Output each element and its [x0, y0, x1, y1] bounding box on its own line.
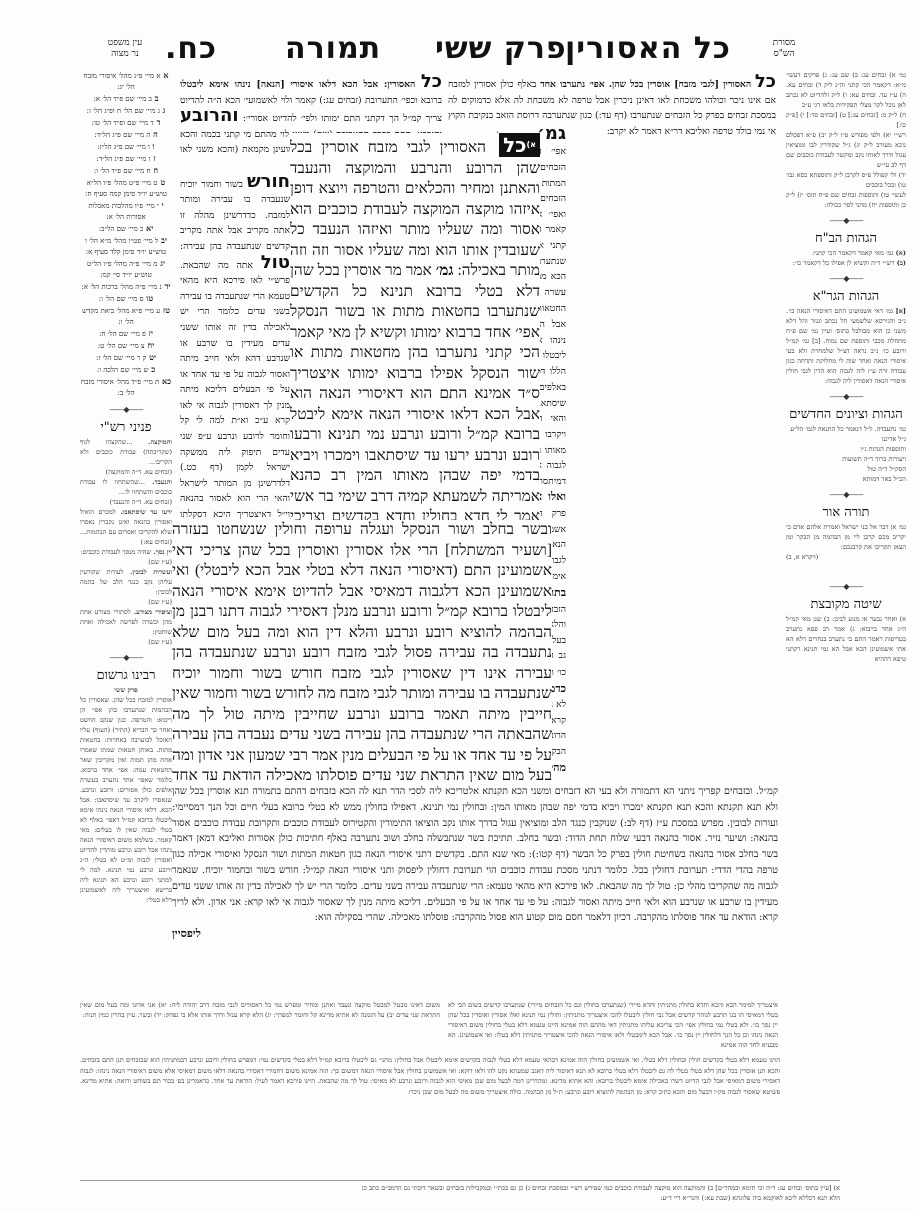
- ein-mishpat-item: ט ט מיי׳ פ״ט מהל׳ פ״ו הל״א טוש״ע יו״ד סי…: [80, 177, 172, 200]
- chapter-number: פרק ששי: [435, 32, 567, 66]
- rabbeinu-gershom-title: רבינו גרשום: [80, 667, 172, 685]
- rashi-heading: האסורין [לגבי מזבח] אוסרין בכל שהן. אפי׳…: [540, 79, 751, 90]
- penei-rashi-source: (ע״ז שם): [80, 637, 172, 647]
- bottom-commentary: קמ״ל. ובזבחים קפריך ניתני הא דתמורה ולא …: [172, 784, 778, 1004]
- header-label-ein-mishpat: עין משפט: [95, 38, 155, 49]
- ein-mishpat-letter: יז: [146, 328, 153, 338]
- ornament-divider: ——◆——: [80, 653, 172, 663]
- ein-mishpat-item: יח צ מיי׳ שם הל׳ ט:: [80, 340, 172, 352]
- ein-mishpat-text: א מיי׳ פ״ג מהל׳ איסורי מזבח הל׳ יג:: [83, 72, 160, 91]
- ein-mishpat-letter: יב: [158, 235, 167, 245]
- ein-mishpat-list: א א מיי׳ פ״ג מהל׳ איסורי מזבח הל׳ יג:ב ב…: [80, 70, 172, 399]
- bottom-notes-right: משום דאינו מבטל למבטל מוקצה ונעבד ואתנן …: [80, 1000, 440, 1060]
- ein-mishpat-text: ח מיי׳ שם פ״ד הל׳ ו:: [94, 167, 151, 175]
- gemara-label: גמ׳: [436, 262, 454, 279]
- footnotes: א) [עיין בתוס׳ זבחים עג: ד״ה וכי תימא וב…: [80, 1180, 840, 1210]
- gemara-text: ובשר בחלב ושור הנסקל ועגלה ערופה וחולין …: [172, 521, 552, 782]
- tosafot-dh-tol: טול: [261, 252, 290, 273]
- ornament-divider: ——◆——: [786, 582, 906, 592]
- mishnah-text: האסורין לגבי מזבח אוסרין בכל שהן הרובע ו…: [290, 139, 540, 279]
- tosafot-dh-harovea: והרובע: [180, 105, 239, 126]
- penei-rashi-dh: יין נסך.: [151, 548, 172, 556]
- hagahot-text: רש״י ד״ה וקשיא לן אפילו כל דקאמר כו׳:: [793, 259, 895, 267]
- gemara-text: אמר מר אוסרין בכל שהן דלא בטלי ברובא תני…: [290, 262, 540, 521]
- tosafot-dh-choresh: חורש: [247, 171, 290, 192]
- ein-mishpat-letter: ז: [150, 153, 155, 163]
- mesoret-hashas-item: יד) ולי קפולל פ״ס לקרבן ל״ק ותוספתא כסא …: [786, 170, 906, 190]
- ein-mishpat-text: צ מיי׳ שם הל׳ ט:: [98, 342, 145, 350]
- penei-rashi-title: פניני רש"י: [80, 419, 172, 437]
- mesoret-hashas-item: לעשי׳ טז) ותוספות זבחים שם פ״ח תוס׳ יז) …: [786, 190, 906, 210]
- ein-mishpat-letter: ט: [158, 177, 166, 187]
- ein-mishpat-text: כ מיי׳ שם הל״ב:: [99, 225, 144, 233]
- hagahot-hagra-item: [א] גמ׳ דאי אשמועינן התם דאיסורי הנאה כו…: [786, 306, 906, 386]
- header-label-ner-mitzvah: נר מצוה: [95, 49, 155, 60]
- ein-mishpat-letter: יח: [145, 340, 155, 350]
- torah-or-source: (ויקרא א, ב): [786, 552, 906, 562]
- torah-or-text: גמ׳ אן דבר אל בני ישראל ואמרת אלהם אדם כ…: [786, 522, 906, 552]
- ein-mishpat-text: ג מיי׳ שם הל׳ ח ופ״ג הל׳ ו:: [87, 107, 160, 115]
- hagahot-chadashot-item: ויעורות ברוך ד״ה תשועות: [786, 454, 906, 464]
- torah-or-title: תורה אור: [786, 504, 906, 522]
- ein-mishpat-letter: טו: [144, 293, 154, 303]
- penei-rashi-source: (ע״ז שם): [80, 557, 172, 567]
- ein-mishpat-letter: יט: [146, 352, 156, 362]
- tractate-name: תמורה: [285, 32, 381, 66]
- mesoret-hashas-header-label: מסורת הש"ס: [764, 38, 804, 60]
- ein-mishpat-item: יז פ מיי׳ שם הל׳ ח:: [80, 328, 172, 340]
- ein-mishpat-item: ב ב מיי׳ שם פ״ד הל׳ א:: [80, 93, 172, 105]
- ein-mishpat-item: יד נ מיי׳ פ״ה מהל׳ ברכות הל׳ א:: [80, 281, 172, 293]
- hagahot-habach-item: (א) גמ׳ מאי קאמר דקאמר הכי קתני:: [786, 248, 906, 258]
- hagahot-hagra-list: [א] גמ׳ דאי אשמועינן התם דאיסורי הנאה כו…: [786, 306, 906, 386]
- ein-mishpat-item: יג מ מיי׳ פ״ה מהל׳ פ״ו הל״ט טוש״ע יו״ד ס…: [80, 258, 172, 281]
- ein-mishpat-letter: ב: [152, 93, 159, 103]
- shita-mekubetzet-text: א) ואחר נבער או מנוע לבינן: ב) שנן מאי ק…: [786, 614, 906, 664]
- ein-mishpat-text: ה מיי׳ שם פ״ג הל״ד:: [94, 131, 150, 139]
- ein-mishpat-item: י י מיי׳ פ״ו מהלכות מאכלות אסורות הל׳ א:: [80, 200, 172, 223]
- penei-rashi-source: (זבחים עא. ד״ה והנעבד): [80, 497, 172, 507]
- hagahot-chadashot-item: גמ׳ נתעבדה. ל״ל דנאמר כל התנאה לגמ׳ הל״ע: [786, 424, 906, 434]
- ein-mishpat-text: ט מיי׳ פ״ט מהל׳ פ״ו הל״א טוש״ע יו״ד סימן…: [85, 179, 167, 198]
- hagahot-mark: (ב): [894, 259, 906, 267]
- left-margin: א א מיי׳ פ״ג מהל׳ איסורי מזבח הל׳ יג:ב ב…: [80, 70, 172, 970]
- penei-rashi-entry: יין נסך. שהיה מנסך לעבודת כוכבים:(ע״ז שם…: [80, 547, 172, 567]
- ein-mishpat-text: ת מיי׳ פ״ד מהל׳ איסורי מזבח הל׳ ב:: [81, 378, 159, 397]
- rashi-dibur-hamatchil: כל: [755, 74, 776, 92]
- hagahot-chadashot-title: הגהות וציונים החדשים: [786, 406, 906, 424]
- penei-rashi-source: (זבחים עא. ד״ה והמוקצה): [80, 467, 172, 477]
- hagahot-chadashot-item: ותוספות הגהות ג״ו: [786, 444, 906, 454]
- ein-mishpat-text: מ מיי׳ פ״ה מהל׳ פ״ו הל״ט טוש״ע יו״ד סי׳ …: [87, 260, 157, 279]
- mesoret-hashas-item: ח) ל״ק מ: [זבחים עג:] ט) [זבחים סד:] י) …: [786, 110, 906, 130]
- ein-mishpat-item: כ ש מיי׳ שם הלכה ו:: [80, 364, 172, 376]
- ein-mishpat-item: ה ה מיי׳ שם פ״ג הל״ד:: [80, 129, 172, 141]
- gemara-column: א)כל האסורין לגבי מזבח אוסרין בכל שהן הר…: [290, 133, 540, 521]
- tosafot-heading: האסורין: אבל הכא דלאו איסורי [הנאה] נינה…: [180, 79, 415, 90]
- footnote-line: הלא תנא דכללא ליכא לאוקמא ביה פלוגתא (שב…: [80, 1193, 840, 1203]
- hagahot-text: גמ׳ מאי קאמר דקאמר הכי קתני:: [812, 249, 893, 257]
- gemara-opening-word: כל: [503, 133, 526, 157]
- footnote-item: ב) והמוקצה הוא מוקצה לעבודת כוכבים כמו ש…: [530, 1184, 713, 1192]
- penei-rashi-dh: וציפורי מצורע.: [131, 608, 172, 616]
- hagahot-hagra-title: הגהות הגר"א: [786, 288, 906, 306]
- ein-mishpat-text: ז מיי׳ שם פ״ג הל״ד:: [97, 155, 151, 163]
- ein-mishpat-text: ע מיי׳ פ״א מהל׳ ביאת מקדש הל׳ ו:: [82, 307, 160, 326]
- mesoret-hashas-list: גמ׳ א) זבחים עג: ב) שם עג: ג) פרקים דעשי…: [786, 70, 906, 210]
- ein-mishpat-text: י מיי׳ פ״ו מהלכות מאכלות אסורות הל׳ א:: [88, 202, 158, 221]
- ein-mishpat-item: ח ח מיי׳ שם פ״ד הל׳ ו:: [80, 165, 172, 177]
- ein-mishpat-item: ד ד מיי׳ שם ופ״ד הל׳ טו:: [80, 117, 172, 129]
- bottom-catchword: ליפסיין: [172, 926, 778, 942]
- hagahot-text: גמ׳ דאי אשמועינן התם דאיסורי הנאה כו׳. נ…: [786, 307, 906, 385]
- ein-mishpat-item: ז ז מיי׳ שם פ״ג הל״ד:: [80, 153, 172, 165]
- ornament-divider: ——◆——: [786, 216, 906, 226]
- hagahot-chadashot-item: הכ״ל באר דמותא: [786, 474, 906, 484]
- penei-rashi-dh: ועשרות לבובין.: [124, 568, 172, 576]
- ein-mishpat-letter: ד: [154, 117, 161, 127]
- gemara-opening-word-box: א)כל: [499, 133, 540, 157]
- footnote-list: א) [עיין בתוס׳ זבחים עג: ד״ה וכי תימא וב…: [80, 1183, 840, 1193]
- ornament-divider: ——◆——: [786, 392, 906, 402]
- penei-rashi-entry: והמוקצה. ...שהקצהו לגוף (שקריבתה) עבודת …: [80, 437, 172, 477]
- ein-mishpat-item: ג ג מיי׳ שם הל׳ ח ופ״ג הל׳ ו:: [80, 105, 172, 117]
- ein-mishpat-text: ב מיי׳ שם פ״ד הל׳ א:: [93, 95, 151, 103]
- ein-mishpat-text: פ מיי׳ שם הל׳ ח:: [99, 330, 146, 338]
- footnote-item: א) [עיין בתוס׳ זבחים עג: ד״ה וכי תימא וב…: [713, 1184, 840, 1192]
- gemara-wide-section: ובשר בחלב ושור הנסקל ועגלה ערופה וחולין …: [172, 520, 552, 782]
- mesoret-hashas-item: גמ׳ א) זבחים עג: ב) שם עג: ג) פרקים דעשי…: [786, 70, 906, 110]
- rabbeinu-gershom-text: אוסרין למזבח בכל שהן. שאסורין כל הבהמות …: [80, 695, 172, 905]
- ein-mishpat-item: ו ו מיי׳ שם פ״ג הל״ז:: [80, 141, 172, 153]
- penei-rashi-dh: ירעו עד שיסתאבו.: [116, 508, 172, 516]
- penei-rashi-entry: והנעבד. ...שהשתחוו לו עבודת כוכבים והשתח…: [80, 477, 172, 507]
- chapter-name: כל האסורין: [565, 32, 731, 66]
- right-margin: גמ׳ א) זבחים עג: ב) שם עג: ג) פרקים דעשי…: [786, 70, 906, 1000]
- ein-mishpat-letter: כא: [159, 376, 171, 386]
- ein-mishpat-text: ד מיי׳ שם ופ״ד הל׳ טו:: [92, 119, 154, 127]
- ein-mishpat-letter: כ: [148, 364, 155, 374]
- penei-rashi-text: שהיה מנסך לעבודת כוכבים:: [81, 548, 152, 556]
- footnote-marker: א): [527, 140, 536, 149]
- ein-mishpat-letter: י: [159, 200, 164, 210]
- ein-mishpat-text: ש מיי׳ שם הלכה ו:: [97, 366, 149, 374]
- penei-rashi-entry: ירעו עד שיסתאבו. למכרם הואיל ואסורין בהנ…: [80, 507, 172, 547]
- page-header: עין משפט נר מצוה כח. תמורה פרק ששי כל הא…: [0, 28, 914, 68]
- ein-mishpat-letter: יא: [143, 223, 153, 233]
- ornament-divider: ——◆——: [80, 405, 172, 415]
- ein-mishpat-item: טז ע מיי׳ פ״א מהל׳ ביאת מקדש הל׳ ו:: [80, 305, 172, 328]
- folio-number: כח.: [165, 32, 217, 66]
- ein-mishpat-text: ס מיי׳ שם הל׳ ו:: [99, 295, 144, 303]
- ein-mishpat-header-label: עין משפט נר מצוה: [95, 38, 155, 60]
- ein-mishpat-item: יט ק ר מיי׳ שם הל׳ ז:: [80, 352, 172, 364]
- ein-mishpat-text: נ מיי׳ פ״ה מהל׳ ברכות הל׳ א:: [82, 283, 162, 291]
- penei-rashi-source: (ע״ז שם): [80, 597, 172, 607]
- shita-mekubetzet-title: שיטה מקובצת: [786, 596, 906, 614]
- penei-rashi-entry: ועשרות לבובין. לעורות שקורעין עליהן נקב …: [80, 567, 172, 607]
- rabbeinu-gershom-chapter: פרק ששי: [80, 685, 172, 695]
- penei-rashi-dh: והמוקצה.: [133, 438, 172, 446]
- ein-mishpat-item: טו ס מיי׳ שם הל׳ ו:: [80, 293, 172, 305]
- footnote-item: ג) כן גם בכת״י ובמקבילות בזבחים ובשאר דו…: [362, 1184, 530, 1192]
- ein-mishpat-text: ק ר מיי׳ שם הל׳ ז:: [96, 354, 146, 362]
- penei-rashi-source: (זבחים עא:): [80, 537, 172, 547]
- hagahot-chadashot-item: ג״ל אדיננו: [786, 434, 906, 444]
- ein-mishpat-item: יב ל מיי׳ פט״ו מהל׳ מ״א הל׳ ו טוש״ע יו״ד…: [80, 235, 172, 258]
- penei-rashi-dh: והנעבד.: [145, 478, 172, 486]
- ein-mishpat-letter: יד: [162, 281, 171, 291]
- ornament-divider: ——◆——: [786, 490, 906, 500]
- hagahot-habach-title: הגהות הב"ח: [786, 230, 906, 248]
- ein-mishpat-letter: יג: [157, 258, 165, 268]
- mesoret-hashas-item: רש״י יא) ולפי מפורש פ״ז ל״ק יב) פ״א דפסל…: [786, 130, 906, 170]
- hagahot-habach-item: (ב) רש״י ד״ה וקשיא לן אפילו כל דקאמר כו׳…: [786, 258, 906, 268]
- penei-rashi-entries: והמוקצה. ...שהקצהו לגוף (שקריבתה) עבודת …: [80, 437, 172, 647]
- ein-mishpat-item: כא ת מיי׳ פ״ד מהל׳ איסורי מזבח הל׳ ב:: [80, 376, 172, 399]
- ein-mishpat-letter: ו: [150, 141, 155, 151]
- penei-rashi-entry: וציפורי מצורע. לסתורי מצורע אחת מהן וכשר…: [80, 607, 172, 647]
- ein-mishpat-letter: ג: [160, 105, 165, 115]
- rashi-gemara-label: גמ׳: [537, 123, 566, 144]
- bottom-commentary-text: קמ״ל. ובזבחים קפריך ניתני הא דתמורה ולא …: [172, 786, 778, 876]
- tosafot-dibur-hamatchil: כל: [421, 74, 442, 92]
- header-label-hashas: הש"ס: [764, 49, 804, 60]
- header-label-mesoret: מסורת: [764, 38, 804, 49]
- ein-mishpat-text: ל מיי׳ פט״ו מהל׳ מ״א הל׳ ו טוש״ע יו״ד סי…: [85, 237, 166, 256]
- ein-mishpat-letter: ה: [150, 129, 157, 139]
- ein-mishpat-text: ו מיי׳ שם פ״ג הל״ז:: [97, 143, 149, 151]
- ein-mishpat-item: א א מיי׳ פ״ג מהל׳ איסורי מזבח הל׳ יג:: [80, 70, 172, 93]
- ein-mishpat-letter: ח: [151, 165, 159, 175]
- ornament-divider: ——◆——: [786, 274, 906, 284]
- hagahot-chadashot-item: הסק״ל ד״ה טול: [786, 464, 906, 474]
- hagahot-mark: [א]: [893, 307, 906, 315]
- ein-mishpat-letter: א: [161, 70, 169, 80]
- hagahot-habach-list: (א) גמ׳ מאי קאמר דקאמר הכי קתני:(ב) רש״י…: [786, 248, 906, 268]
- hagahot-mark: (א): [893, 249, 906, 257]
- ein-mishpat-letter: טז: [160, 305, 170, 315]
- ein-mishpat-item: יא כ מיי׳ שם הל״ב:: [80, 223, 172, 235]
- hagahot-chadashot-list: גמ׳ נתעבדה. ל״ל דנאמר כל התנאה לגמ׳ הל״ע…: [786, 424, 906, 484]
- bottom-band-commentary: הוינו טעמא דלא בטלי בקדשים חולין ובחולין…: [80, 1055, 780, 1165]
